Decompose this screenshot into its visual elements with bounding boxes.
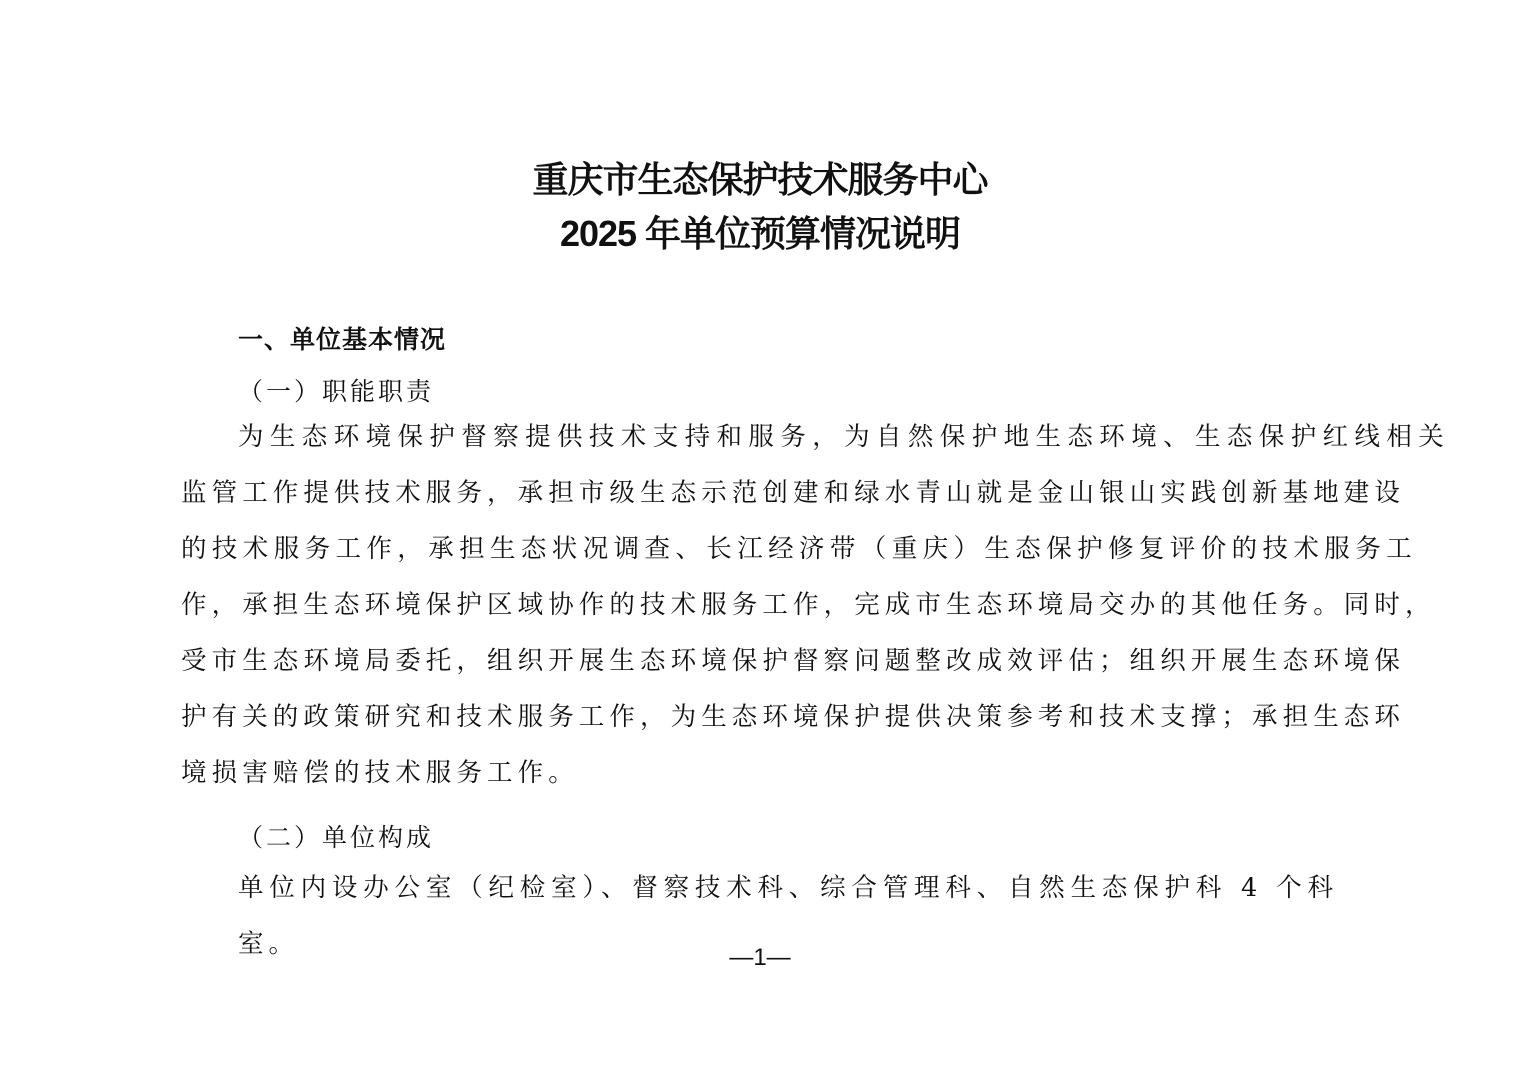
paragraph-line: 为生态环境保护督察提供技术支持和服务，为自然保护地生态环境、生态保护红线相关 — [181, 409, 1333, 465]
paragraph-line: 作，承担生态环境保护区域协作的技术服务工作，完成市生态环境局交办的其他任务。同时… — [181, 577, 1333, 633]
functions-paragraph: 为生态环境保护督察提供技术支持和服务，为自然保护地生态环境、生态保护红线相关 监… — [181, 409, 1333, 801]
paragraph-line: 的技术服务工作，承担生态状况调查、长江经济带（重庆）生态保护修复评价的技术服务工 — [181, 521, 1333, 577]
document-title-line1: 重庆市生态保护技术服务中心 — [0, 152, 1520, 203]
paragraph-line: 护有关的政策研究和技术服务工作，为生态环境保护提供决策参考和技术支撑；承担生态环 — [181, 689, 1333, 745]
section-heading-basic-info: 一、单位基本情况 — [238, 320, 446, 356]
page-number: —1— — [0, 944, 1520, 972]
paragraph-line: 监管工作提供技术服务，承担市级生态示范创建和绿水青山就是金山银山实践创新基地建设 — [181, 465, 1333, 521]
paragraph-line: 受市生态环境局委托，组织开展生态环境保护督察问题整改成效评估；组织开展生态环境保 — [181, 633, 1333, 689]
subsection-heading-functions: （一）职能职责 — [238, 372, 434, 408]
paragraph-line: 境损害赔偿的技术服务工作。 — [181, 745, 1333, 801]
document-title-line2: 2025 年单位预算情况说明 — [0, 206, 1520, 257]
subsection-heading-composition: （二）单位构成 — [238, 818, 434, 854]
